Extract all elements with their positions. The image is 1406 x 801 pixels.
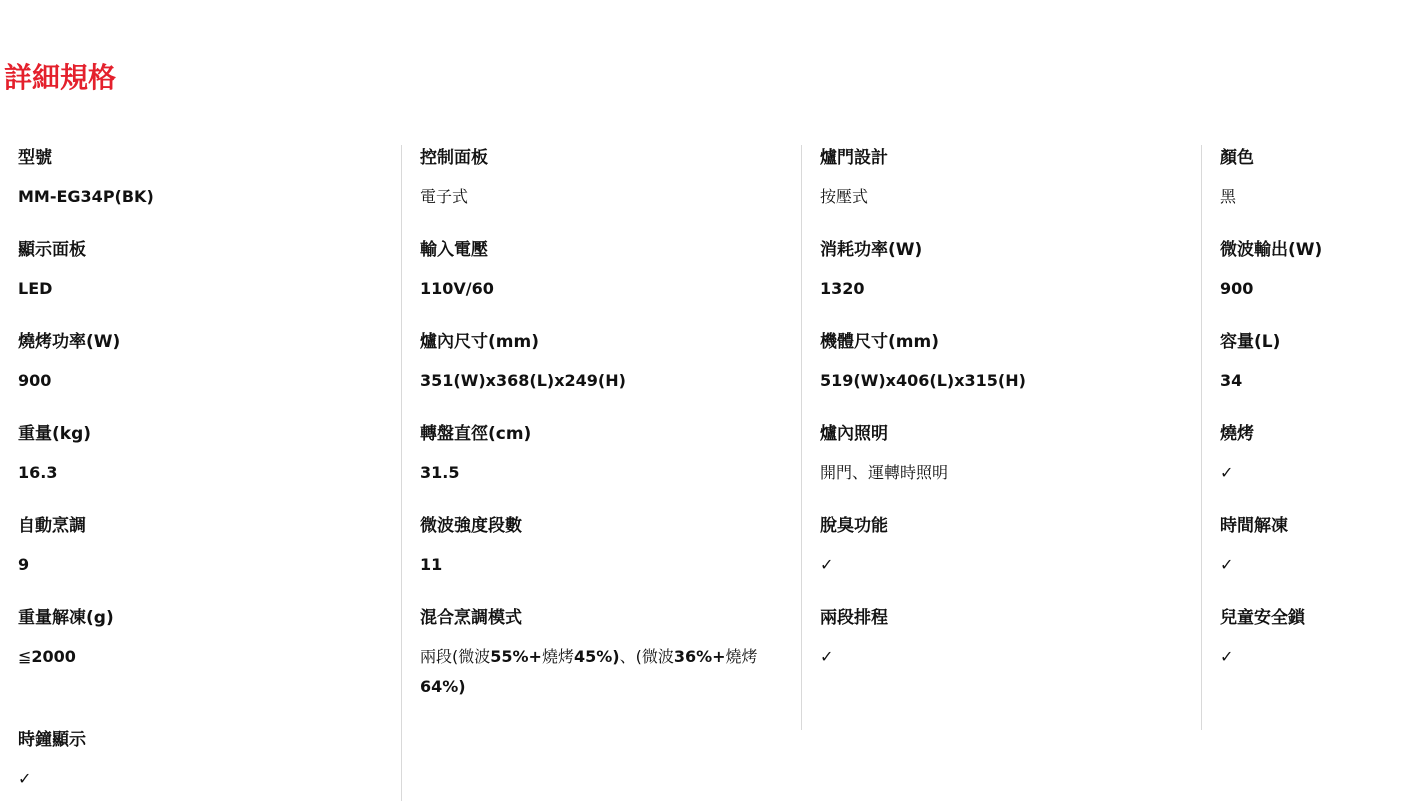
spec-label: 時鐘顯示 bbox=[18, 727, 396, 753]
spec-item-input-voltage: 輸入電壓 110V/60 bbox=[420, 237, 797, 304]
value-part: 36%+ bbox=[674, 647, 726, 666]
spec-item-time-defrost: 時間解凍 ✓ bbox=[1220, 513, 1402, 580]
value-part: 燒烤 bbox=[542, 647, 574, 666]
spec-label: 控制面板 bbox=[420, 145, 797, 171]
spec-value: LED bbox=[18, 274, 396, 304]
spec-label: 燒烤 bbox=[1220, 421, 1402, 447]
spec-item-power-levels: 微波強度段數 11 bbox=[420, 513, 797, 580]
spec-item-door-design: 爐門設計 按壓式 bbox=[820, 145, 1197, 212]
value-part: 45%) bbox=[574, 647, 620, 666]
spec-value: 11 bbox=[420, 550, 797, 580]
check-icon: ✓ bbox=[820, 550, 1197, 580]
check-icon: ✓ bbox=[1220, 642, 1402, 672]
spec-value: 16.3 bbox=[18, 458, 396, 488]
spec-value: 9 bbox=[18, 550, 396, 580]
spec-label: 消耗功率(W) bbox=[820, 237, 1197, 263]
spec-label: 爐門設計 bbox=[820, 145, 1197, 171]
spec-value: 按壓式 bbox=[820, 182, 1197, 212]
spec-label: 顏色 bbox=[1220, 145, 1402, 171]
spec-label: 輸入電壓 bbox=[420, 237, 797, 263]
spec-value: 31.5 bbox=[420, 458, 797, 488]
spec-item-two-stage-program: 兩段排程 ✓ bbox=[820, 605, 1197, 672]
spec-value: 34 bbox=[1220, 366, 1402, 396]
spec-label: 轉盤直徑(cm) bbox=[420, 421, 797, 447]
check-icon: ✓ bbox=[1220, 458, 1402, 488]
spec-value: 兩段(微波55%+燒烤45%)、(微波36%+燒烤64%) bbox=[420, 642, 799, 702]
spec-item-control-panel: 控制面板 電子式 bbox=[420, 145, 797, 212]
spec-label: 型號 bbox=[18, 145, 396, 171]
spec-value: 110V/60 bbox=[420, 274, 797, 304]
spec-item-child-lock: 兒童安全鎖 ✓ bbox=[1220, 605, 1402, 672]
spec-item-microwave-output: 微波輸出(W) 900 bbox=[1220, 237, 1402, 304]
spec-item-grill: 燒烤 ✓ bbox=[1220, 421, 1402, 488]
spec-item-combo-cook-mode: 混合烹調模式 兩段(微波55%+燒烤45%)、(微波36%+燒烤64%) bbox=[420, 605, 799, 702]
spec-value: 351(W)x368(L)x249(H) bbox=[420, 366, 797, 396]
spec-item-body-size: 機體尺寸(mm) 519(W)x406(L)x315(H) bbox=[820, 329, 1197, 396]
check-icon: ✓ bbox=[820, 642, 1197, 672]
spec-label: 時間解凍 bbox=[1220, 513, 1402, 539]
value-part: 55%+ bbox=[490, 647, 542, 666]
spec-item-cavity-size: 爐內尺寸(mm) 351(W)x368(L)x249(H) bbox=[420, 329, 797, 396]
spec-value: 1320 bbox=[820, 274, 1197, 304]
spec-label: 兒童安全鎖 bbox=[1220, 605, 1402, 631]
spec-item-clock-display: 時鐘顯示 ✓ bbox=[18, 727, 396, 794]
spec-label: 爐內照明 bbox=[820, 421, 1197, 447]
spec-item-turntable-diameter: 轉盤直徑(cm) 31.5 bbox=[420, 421, 797, 488]
value-prefix: ≦ bbox=[18, 647, 31, 666]
spec-item-weight: 重量(kg) 16.3 bbox=[18, 421, 396, 488]
spec-label: 重量解凍(g) bbox=[18, 605, 396, 631]
spec-value: 519(W)x406(L)x315(H) bbox=[820, 366, 1197, 396]
spec-value: 900 bbox=[1220, 274, 1402, 304]
value-part: 兩段(微波 bbox=[420, 647, 490, 666]
spec-label: 爐內尺寸(mm) bbox=[420, 329, 797, 355]
spec-item-interior-light: 爐內照明 開門、運轉時照明 bbox=[820, 421, 1197, 488]
spec-label: 脫臭功能 bbox=[820, 513, 1197, 539]
spec-value: ≦2000 bbox=[18, 642, 396, 672]
spec-item-model: 型號 MM-EG34P(BK) bbox=[18, 145, 396, 212]
spec-label: 自動烹調 bbox=[18, 513, 396, 539]
spec-value: 電子式 bbox=[420, 182, 797, 212]
spec-label: 微波強度段數 bbox=[420, 513, 797, 539]
spec-item-power-consumption: 消耗功率(W) 1320 bbox=[820, 237, 1197, 304]
spec-column-1: 型號 MM-EG34P(BK) 顯示面板 LED 燒烤功率(W) 900 重量(… bbox=[0, 145, 400, 801]
spec-column-2: 控制面板 電子式 輸入電壓 110V/60 爐內尺寸(mm) 351(W)x36… bbox=[401, 145, 801, 801]
value-part: 燒烤 bbox=[726, 647, 758, 666]
spec-value: MM-EG34P(BK) bbox=[18, 182, 396, 212]
spec-item-color: 顏色 黑 bbox=[1220, 145, 1402, 212]
spec-label: 容量(L) bbox=[1220, 329, 1402, 355]
spec-item-weight-defrost: 重量解凍(g) ≦2000 bbox=[18, 605, 396, 672]
spec-value: 開門、運轉時照明 bbox=[820, 458, 1197, 488]
spec-label: 顯示面板 bbox=[18, 237, 396, 263]
spec-label: 機體尺寸(mm) bbox=[820, 329, 1197, 355]
check-icon: ✓ bbox=[1220, 550, 1402, 580]
spec-label: 燒烤功率(W) bbox=[18, 329, 396, 355]
spec-value: 黑 bbox=[1220, 182, 1402, 212]
value-number: 2000 bbox=[31, 647, 76, 666]
spec-item-capacity: 容量(L) 34 bbox=[1220, 329, 1402, 396]
spec-item-display-panel: 顯示面板 LED bbox=[18, 237, 396, 304]
value-part: 、(微波 bbox=[620, 647, 674, 666]
spec-label: 重量(kg) bbox=[18, 421, 396, 447]
spec-item-deodorize: 脫臭功能 ✓ bbox=[820, 513, 1197, 580]
value-part: 64%) bbox=[420, 677, 466, 696]
spec-item-grill-power: 燒烤功率(W) 900 bbox=[18, 329, 396, 396]
spec-column-4: 顏色 黑 微波輸出(W) 900 容量(L) 34 燒烤 ✓ 時間解凍 ✓ 兒童… bbox=[1201, 145, 1406, 730]
spec-label: 兩段排程 bbox=[820, 605, 1197, 631]
spec-item-auto-cook: 自動烹調 9 bbox=[18, 513, 396, 580]
page-title: 詳細規格 bbox=[4, 58, 116, 98]
spec-column-3: 爐門設計 按壓式 消耗功率(W) 1320 機體尺寸(mm) 519(W)x40… bbox=[801, 145, 1201, 730]
spec-label: 混合烹調模式 bbox=[420, 605, 799, 631]
spec-label: 微波輸出(W) bbox=[1220, 237, 1402, 263]
spec-value: 900 bbox=[18, 366, 396, 396]
check-icon: ✓ bbox=[18, 764, 396, 794]
